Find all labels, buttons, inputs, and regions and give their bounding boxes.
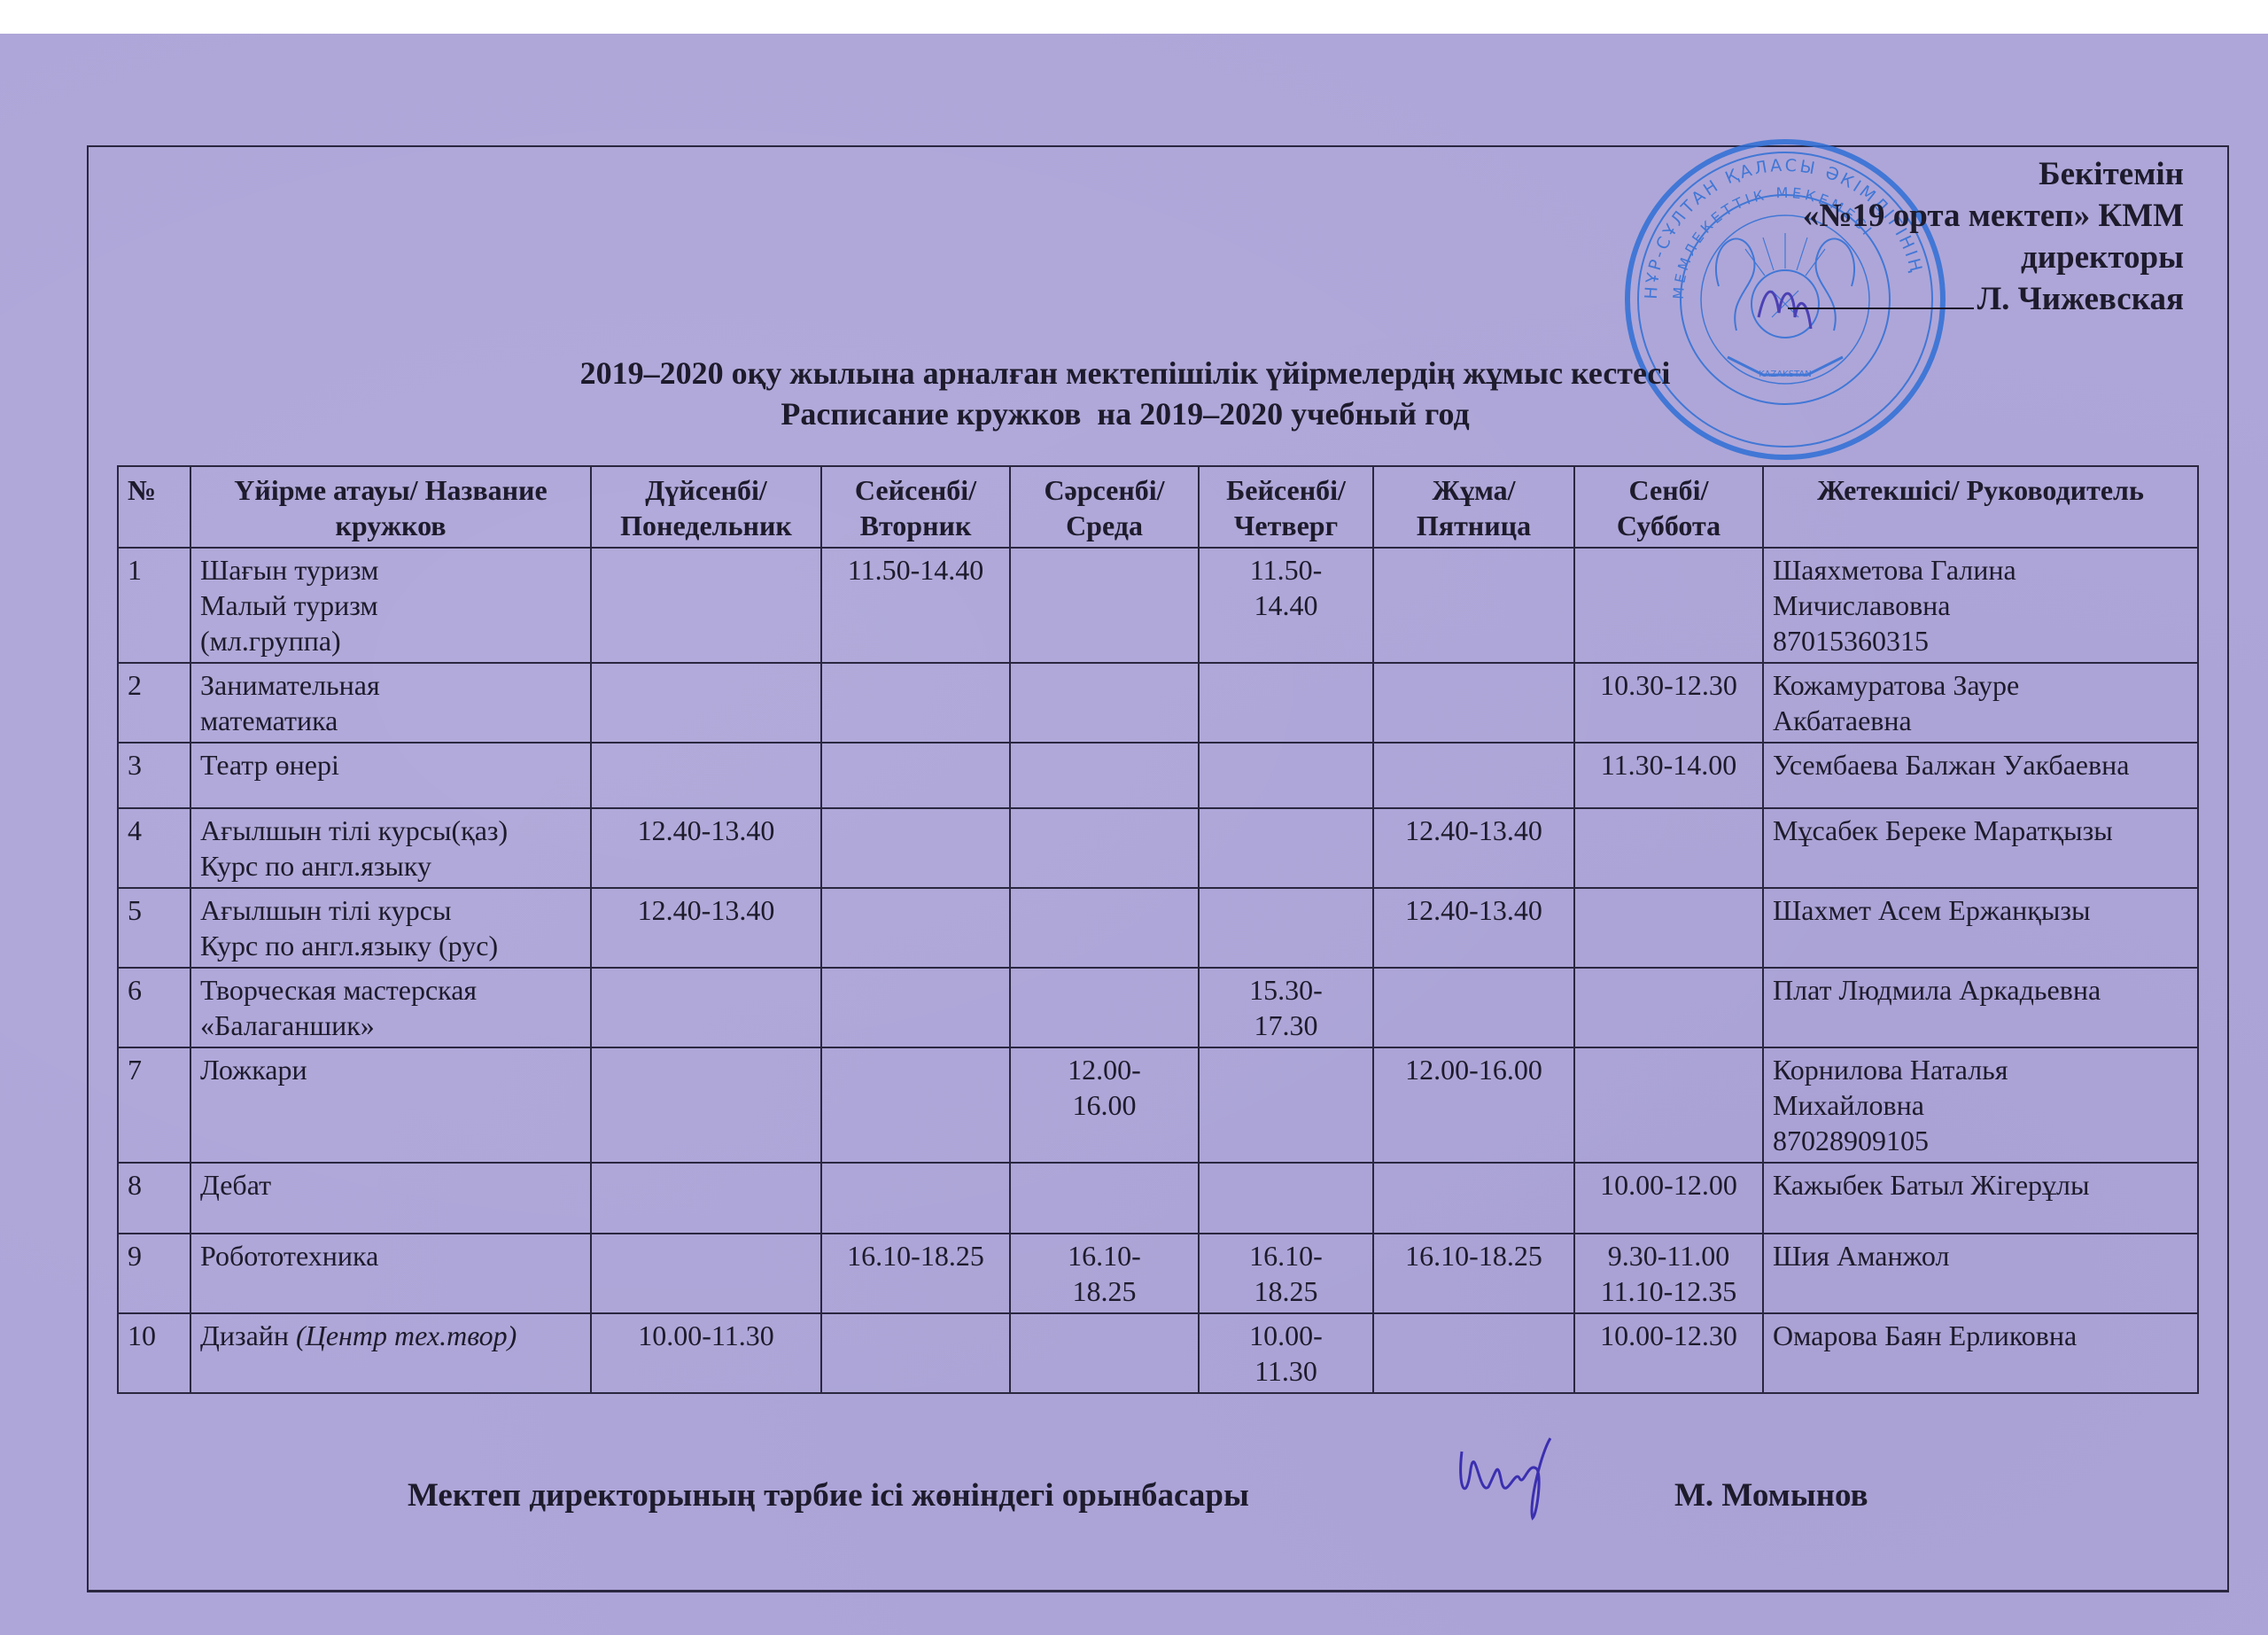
leader-cell: Кажыбек Батыл Жігерұлы — [1763, 1163, 2198, 1234]
document-title: 2019–2020 оқу жылына арналған мектепішіл… — [354, 353, 1896, 434]
club-name: Занимательная математика — [190, 663, 591, 743]
column-header: Сейсенбі/ Вторник — [821, 466, 1010, 548]
time-cell-sat — [1574, 888, 1763, 968]
deputy-signature-icon — [1453, 1434, 1568, 1522]
footer-signature-block: Мектеп директорының тәрбие ісі жөніндегі… — [408, 1476, 1914, 1530]
time-cell-fri: 16.10-18.25 — [1373, 1234, 1574, 1313]
director-line: Л. Чижевская — [1719, 278, 2184, 320]
table-row: 2Занимательная математика10.30-12.30Кожа… — [118, 663, 2198, 743]
time-cell-wed: 16.10- 18.25 — [1010, 1234, 1199, 1313]
club-name: Шағын туризм Малый туризм (мл.группа) — [190, 548, 591, 663]
time-cell-sat — [1574, 548, 1763, 663]
time-cell-thu: 11.50- 14.40 — [1199, 548, 1373, 663]
time-cell-mon: 12.40-13.40 — [591, 808, 821, 888]
time-cell-wed — [1010, 1313, 1199, 1393]
time-cell-fri: 12.00-16.00 — [1373, 1047, 1574, 1163]
table-row: 1Шағын туризм Малый туризм (мл.группа)11… — [118, 548, 2198, 663]
time-cell-thu: 16.10- 18.25 — [1199, 1234, 1373, 1313]
time-cell-mon — [591, 1047, 821, 1163]
time-cell-fri — [1373, 548, 1574, 663]
time-cell-wed — [1010, 663, 1199, 743]
time-cell-fri — [1373, 743, 1574, 808]
club-name-text: Театр өнері — [200, 749, 339, 781]
director-name: Л. Чижевская — [1977, 281, 2184, 317]
time-cell-sat: 10.00-12.00 — [1574, 1163, 1763, 1234]
time-cell-thu — [1199, 743, 1373, 808]
time-cell-mon: 12.40-13.40 — [591, 888, 821, 968]
club-name-text: Робототехника — [200, 1240, 378, 1272]
time-cell-wed — [1010, 968, 1199, 1047]
deputy-name: М. Момынов — [1674, 1476, 1868, 1514]
leader-cell: Усембаева Балжан Уакбаевна — [1763, 743, 2198, 808]
leader-cell: Кожамуратова Зауре Акбатаевна — [1763, 663, 2198, 743]
approval-block: Бекітемін «№19 орта мектеп» КММ директор… — [1719, 153, 2184, 320]
club-name-text: Занимательная математика — [200, 669, 380, 736]
table-row: 10Дизайн (Центр тех.твор)10.00-11.3010.0… — [118, 1313, 2198, 1393]
time-cell-thu — [1199, 888, 1373, 968]
table-row: 5Ағылшын тілі курсы Курс по англ.языку (… — [118, 888, 2198, 968]
club-name: Ағылшын тілі курсы(қаз) Курс по англ.язы… — [190, 808, 591, 888]
time-cell-tue: 11.50-14.40 — [821, 548, 1010, 663]
time-cell-sat — [1574, 808, 1763, 888]
leader-cell: Корнилова Наталья Михайловна 87028909105 — [1763, 1047, 2198, 1163]
approval-line: «№19 орта мектеп» КММ — [1719, 195, 2184, 237]
table-row: 8Дебат10.00-12.00Кажыбек Батыл Жігерұлы — [118, 1163, 2198, 1234]
club-name-text: Дебат — [200, 1169, 271, 1201]
table-header-row: №Үйірме атауы/ Название кружковДүйсенбі/… — [118, 466, 2198, 548]
time-cell-fri — [1373, 1163, 1574, 1234]
row-number: 8 — [118, 1163, 190, 1234]
time-cell-tue — [821, 808, 1010, 888]
time-cell-fri — [1373, 1313, 1574, 1393]
table-row: 4Ағылшын тілі курсы(қаз) Курс по англ.яз… — [118, 808, 2198, 888]
title-kazakh: 2019–2020 оқу жылына арналған мектепішіл… — [354, 353, 1896, 393]
time-cell-sat: 10.00-12.30 — [1574, 1313, 1763, 1393]
time-cell-thu: 10.00- 11.30 — [1199, 1313, 1373, 1393]
time-cell-tue — [821, 1047, 1010, 1163]
column-header: Жұма/ Пятница — [1373, 466, 1574, 548]
time-cell-mon — [591, 968, 821, 1047]
time-cell-fri — [1373, 968, 1574, 1047]
time-cell-fri — [1373, 663, 1574, 743]
club-name-text: Шағын туризм Малый туризм (мл.группа) — [200, 554, 378, 657]
row-number: 1 — [118, 548, 190, 663]
row-number: 3 — [118, 743, 190, 808]
time-cell-sat — [1574, 1047, 1763, 1163]
time-cell-tue — [821, 743, 1010, 808]
leader-cell: Шахмет Асем Ержанқызы — [1763, 888, 2198, 968]
club-name-text: Ложкари — [200, 1054, 307, 1086]
column-header: Жетекшісі/ Руководитель — [1763, 466, 2198, 548]
row-number: 7 — [118, 1047, 190, 1163]
time-cell-mon: 10.00-11.30 — [591, 1313, 821, 1393]
time-cell-thu — [1199, 808, 1373, 888]
time-cell-tue: 16.10-18.25 — [821, 1234, 1010, 1313]
table-row: 3Театр өнері11.30-14.00Усембаева Балжан … — [118, 743, 2198, 808]
time-cell-sat — [1574, 968, 1763, 1047]
row-number: 2 — [118, 663, 190, 743]
leader-cell: Шия Аманжол — [1763, 1234, 2198, 1313]
club-name-text: Ағылшын тілі курсы(қаз) Курс по англ.язы… — [200, 814, 508, 882]
club-name-text: Дизайн — [200, 1320, 296, 1351]
approval-line: директоры — [1719, 237, 2184, 278]
title-russian: Расписание кружков на 2019–2020 учебный … — [354, 393, 1896, 434]
column-header: Үйірме атауы/ Название кружков — [190, 466, 591, 548]
club-name: Дебат — [190, 1163, 591, 1234]
time-cell-wed — [1010, 548, 1199, 663]
schedule-table: №Үйірме атауы/ Название кружковДүйсенбі/… — [117, 465, 2199, 1394]
leader-cell: Мұсабек Береке Маратқызы — [1763, 808, 2198, 888]
time-cell-mon — [591, 743, 821, 808]
row-number: 4 — [118, 808, 190, 888]
leader-cell: Омарова Баян Ерликовна — [1763, 1313, 2198, 1393]
time-cell-sat: 11.30-14.00 — [1574, 743, 1763, 808]
column-header: № — [118, 466, 190, 548]
time-cell-tue — [821, 1313, 1010, 1393]
time-cell-tue — [821, 888, 1010, 968]
row-number: 10 — [118, 1313, 190, 1393]
time-cell-tue — [821, 1163, 1010, 1234]
time-cell-fri: 12.40-13.40 — [1373, 808, 1574, 888]
row-number: 5 — [118, 888, 190, 968]
time-cell-tue — [821, 968, 1010, 1047]
club-name: Ложкари — [190, 1047, 591, 1163]
club-name-note: (Центр тех.твор) — [296, 1320, 517, 1351]
time-cell-sat: 10.30-12.30 — [1574, 663, 1763, 743]
column-header: Бейсенбі/ Четверг — [1199, 466, 1373, 548]
column-header: Сәрсенбі/ Среда — [1010, 466, 1199, 548]
signature-line — [1788, 281, 1974, 309]
paper-sheet: НҰР-СҰЛТАН ҚАЛАСЫ ӘКІМДІГІНІҢ МЕМЛЕКЕТТІ… — [0, 34, 2268, 1635]
club-name-text: Ағылшын тілі курсы Курс по англ.языку (р… — [200, 894, 498, 962]
club-name: Дизайн (Центр тех.твор) — [190, 1313, 591, 1393]
deputy-role: Мектеп директорының тәрбие ісі жөніндегі… — [408, 1476, 1249, 1514]
table-row: 6Творческая мастерская «Балаганшик»15.30… — [118, 968, 2198, 1047]
time-cell-thu — [1199, 663, 1373, 743]
table-row: 9Робототехника16.10-18.2516.10- 18.2516.… — [118, 1234, 2198, 1313]
row-number: 9 — [118, 1234, 190, 1313]
time-cell-tue — [821, 663, 1010, 743]
leader-cell: Плат Людмила Аркадьевна — [1763, 968, 2198, 1047]
club-name-text: Творческая мастерская «Балаганшик» — [200, 974, 477, 1041]
approval-line: Бекітемін — [1719, 153, 2184, 195]
time-cell-thu: 15.30- 17.30 — [1199, 968, 1373, 1047]
time-cell-wed: 12.00- 16.00 — [1010, 1047, 1199, 1163]
time-cell-thu — [1199, 1047, 1373, 1163]
club-name: Творческая мастерская «Балаганшик» — [190, 968, 591, 1047]
time-cell-fri: 12.40-13.40 — [1373, 888, 1574, 968]
row-number: 6 — [118, 968, 190, 1047]
time-cell-wed — [1010, 1163, 1199, 1234]
leader-cell: Шаяхметова Галина Мичиславовна 870153603… — [1763, 548, 2198, 663]
column-header: Сенбі/ Суббота — [1574, 466, 1763, 548]
time-cell-wed — [1010, 743, 1199, 808]
time-cell-sat: 9.30-11.00 11.10-12.35 — [1574, 1234, 1763, 1313]
time-cell-thu — [1199, 1163, 1373, 1234]
club-name: Робототехника — [190, 1234, 591, 1313]
time-cell-mon — [591, 1234, 821, 1313]
column-header: Дүйсенбі/ Понедельник — [591, 466, 821, 548]
time-cell-mon — [591, 548, 821, 663]
time-cell-wed — [1010, 888, 1199, 968]
club-name: Театр өнері — [190, 743, 591, 808]
table-row: 7Ложкари12.00- 16.0012.00-16.00Корнилова… — [118, 1047, 2198, 1163]
club-name: Ағылшын тілі курсы Курс по англ.языку (р… — [190, 888, 591, 968]
time-cell-mon — [591, 663, 821, 743]
time-cell-mon — [591, 1163, 821, 1234]
time-cell-wed — [1010, 808, 1199, 888]
